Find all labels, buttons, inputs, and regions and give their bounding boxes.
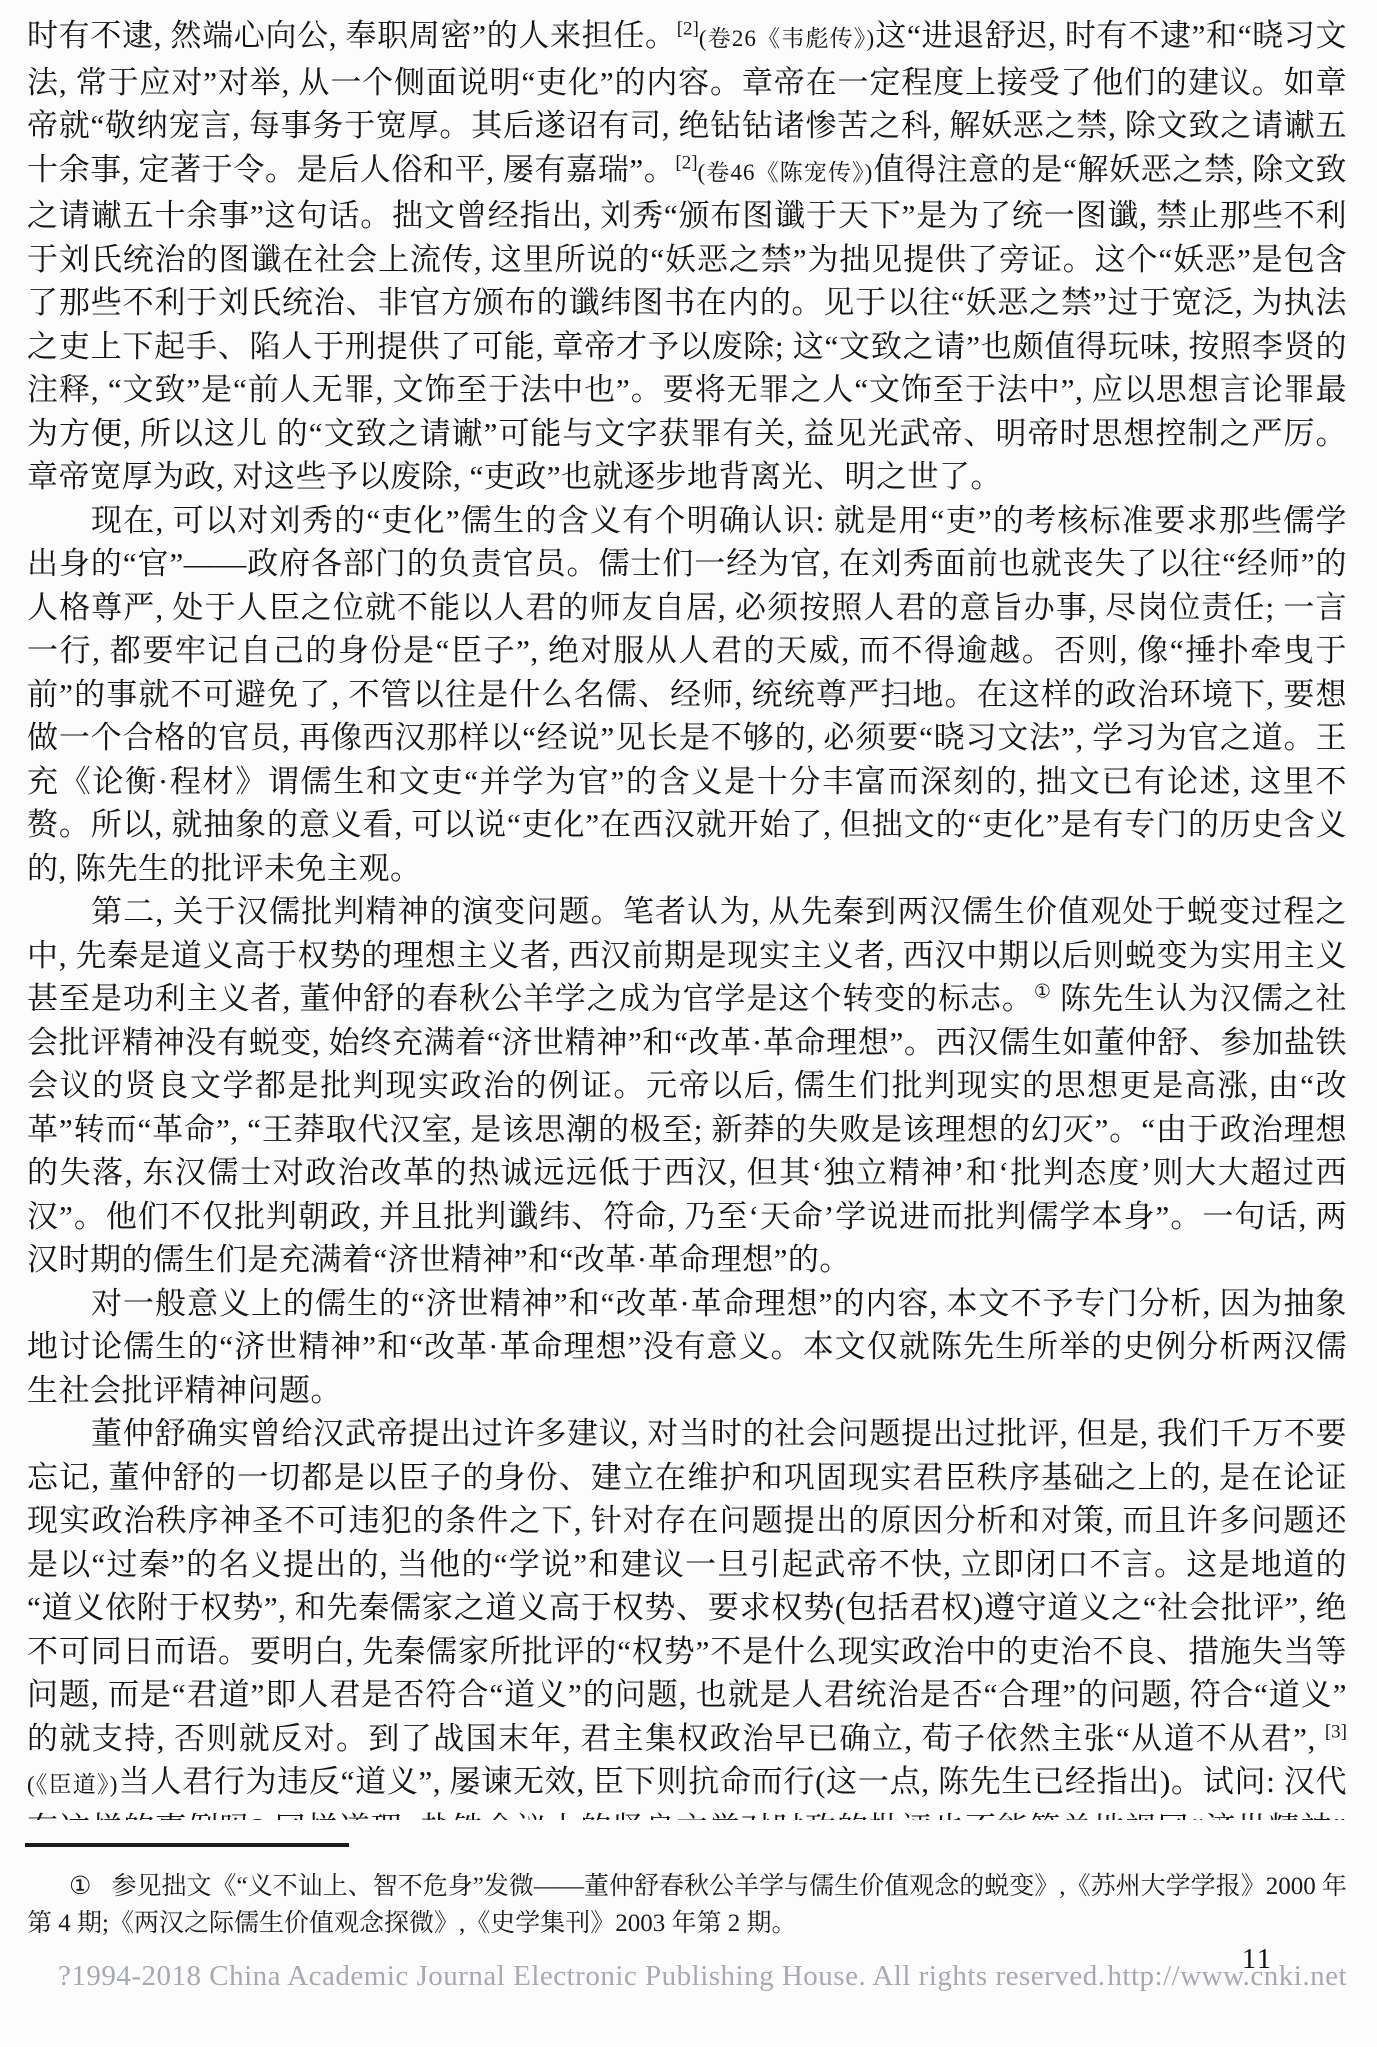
footnote-separator	[25, 1843, 349, 1847]
superscript-citation: ①	[1034, 982, 1051, 1003]
paragraph: 时有不逮, 然端心向公, 奉职周密”的人来担任。[2](卷26《韦彪传》)这“进…	[27, 14, 1347, 499]
copyright-text: ?1994-2018 China Academic Journal Electr…	[58, 1960, 1105, 1993]
footnote-text: 参见拙文《“义不讪上、智不危身”发微——董仲舒春秋公羊学与儒生价值观念的蜕变》,…	[27, 1873, 1347, 1937]
inline-source-ref: (卷26《韦彪传》)	[699, 26, 875, 51]
footnote: ①参见拙文《“义不讪上、智不危身”发微——董仲舒春秋公羊学与儒生价值观念的蜕变》…	[27, 1868, 1347, 1942]
document-page: 时有不逮, 然端心向公, 奉职周密”的人来担任。[2](卷26《韦彪传》)这“进…	[0, 0, 1377, 2047]
inline-source-ref: (卷46《陈宠传》)	[698, 160, 874, 185]
paragraph: 对一般意义上的儒生的“济世精神”和“改革·革命理想”的内容, 本文不予专门分析,…	[27, 1282, 1347, 1413]
superscript-citation: [2]	[675, 152, 697, 173]
text-run: 董仲舒确实曾给汉武帝提出过许多建议, 对当时的社会问题提出过批评, 但是, 我们…	[27, 1416, 1347, 1756]
text-run: 当人君行为违反“道义”, 屡谏无效, 臣下则抗命而行(这一点, 陈先生已经指出)…	[27, 1764, 1347, 1820]
paragraph: 第二, 关于汉儒批判精神的演变问题。笔者认为, 从先秦到两汉儒生价值观处于蜕变过…	[27, 890, 1347, 1282]
text-run: 陈先生认为汉儒之社会批评精神没有蜕变, 始终充满着“济世精神”和“改革·革命理想…	[27, 981, 1347, 1277]
superscript-citation: [3]	[1325, 1721, 1347, 1742]
footnote-marker: ①	[69, 1873, 91, 1900]
footer-url: http://www.cnki.net	[1107, 1960, 1347, 1993]
paragraph: 现在, 可以对刘秀的“吏化”儒生的含义有个明确认识: 就是用“吏”的考核标准要求…	[27, 499, 1347, 891]
superscript-citation: [2]	[677, 19, 699, 40]
text-run: 时有不逮, 然端心向公, 奉职周密”的人来担任。	[27, 18, 677, 53]
watermark-footer: ?1994-2018 China Academic Journal Electr…	[58, 1960, 1347, 1993]
inline-source-ref: (《臣道》)	[27, 1772, 118, 1797]
article-body: 时有不逮, 然端心向公, 奉职周密”的人来担任。[2](卷26《韦彪传》)这“进…	[27, 14, 1347, 1820]
text-run: 现在, 可以对刘秀的“吏化”儒生的含义有个明确认识: 就是用“吏”的考核标准要求…	[27, 503, 1347, 886]
paragraph: 董仲舒确实曾给汉武帝提出过许多建议, 对当时的社会问题提出过批评, 但是, 我们…	[27, 1412, 1347, 1820]
footnotes: ①参见拙文《“义不讪上、智不危身”发微——董仲舒春秋公羊学与儒生价值观念的蜕变》…	[27, 1868, 1347, 1942]
text-run: 值得注意的是“解妖恶之禁, 除文致之请谳五十余事”这句话。拙文曾经指出, 刘秀“…	[27, 152, 1347, 495]
text-run: 对一般意义上的儒生的“济世精神”和“改革·革命理想”的内容, 本文不予专门分析,…	[27, 1286, 1347, 1408]
